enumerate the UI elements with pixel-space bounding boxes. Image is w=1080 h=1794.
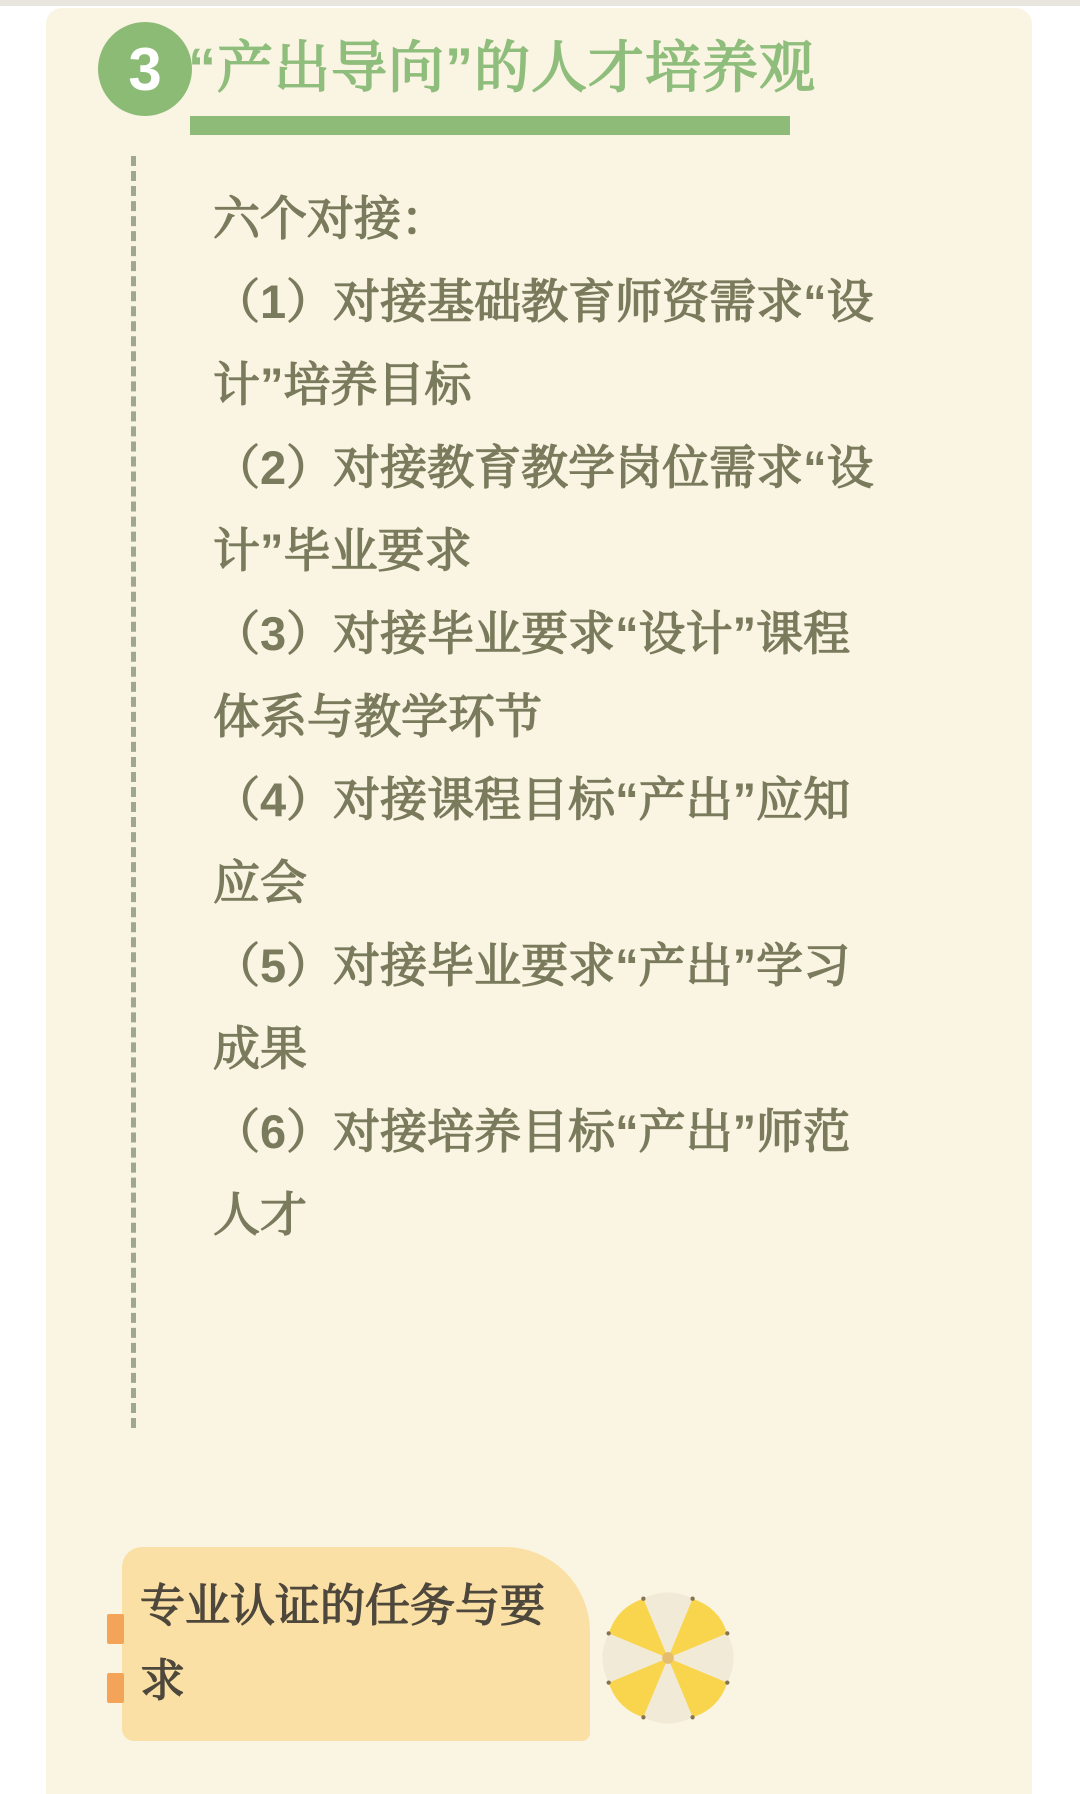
- body-line: （6）对接培养目标“产出”师范: [213, 1090, 913, 1173]
- orange-accent-square: [107, 1614, 124, 1644]
- title-underline: [190, 116, 790, 135]
- body-line: 计”毕业要求: [213, 509, 913, 592]
- body-line: （2）对接教育教学岗位需求“设: [213, 426, 913, 509]
- heading-line: 专业认证的任务与要: [140, 1568, 580, 1643]
- body-line: （4）对接课程目标“产出”应知: [213, 758, 913, 841]
- body-line: （3）对接毕业要求“设计”课程: [213, 592, 913, 675]
- section-number-badge: 3: [98, 22, 192, 116]
- section-title: “产出导向”的人才培养观: [188, 32, 816, 104]
- umbrella-icon: [598, 1588, 738, 1728]
- body-line: 成果: [213, 1007, 913, 1090]
- body-line: 应会: [213, 841, 913, 924]
- body-line: 六个对接：: [213, 177, 913, 260]
- body-text: 六个对接： （1）对接基础教育师资需求“设 计”培养目标 （2）对接教育教学岗位…: [213, 177, 913, 1256]
- body-line: 人才: [213, 1173, 913, 1256]
- body-line: 体系与教学环节: [213, 675, 913, 758]
- heading-line: 求: [140, 1643, 580, 1718]
- body-line: （5）对接毕业要求“产出”学习: [213, 924, 913, 1007]
- section-number: 3: [128, 35, 161, 104]
- dotted-divider: [131, 156, 136, 1428]
- top-strip: [0, 0, 1080, 6]
- next-section-heading: 专业认证的任务与要 求: [140, 1568, 580, 1718]
- infographic-page: 3 “产出导向”的人才培养观 六个对接： （1）对接基础教育师资需求“设 计”培…: [0, 0, 1080, 1794]
- body-line: （1）对接基础教育师资需求“设: [213, 260, 913, 343]
- orange-accent-square: [107, 1673, 124, 1703]
- body-line: 计”培养目标: [213, 343, 913, 426]
